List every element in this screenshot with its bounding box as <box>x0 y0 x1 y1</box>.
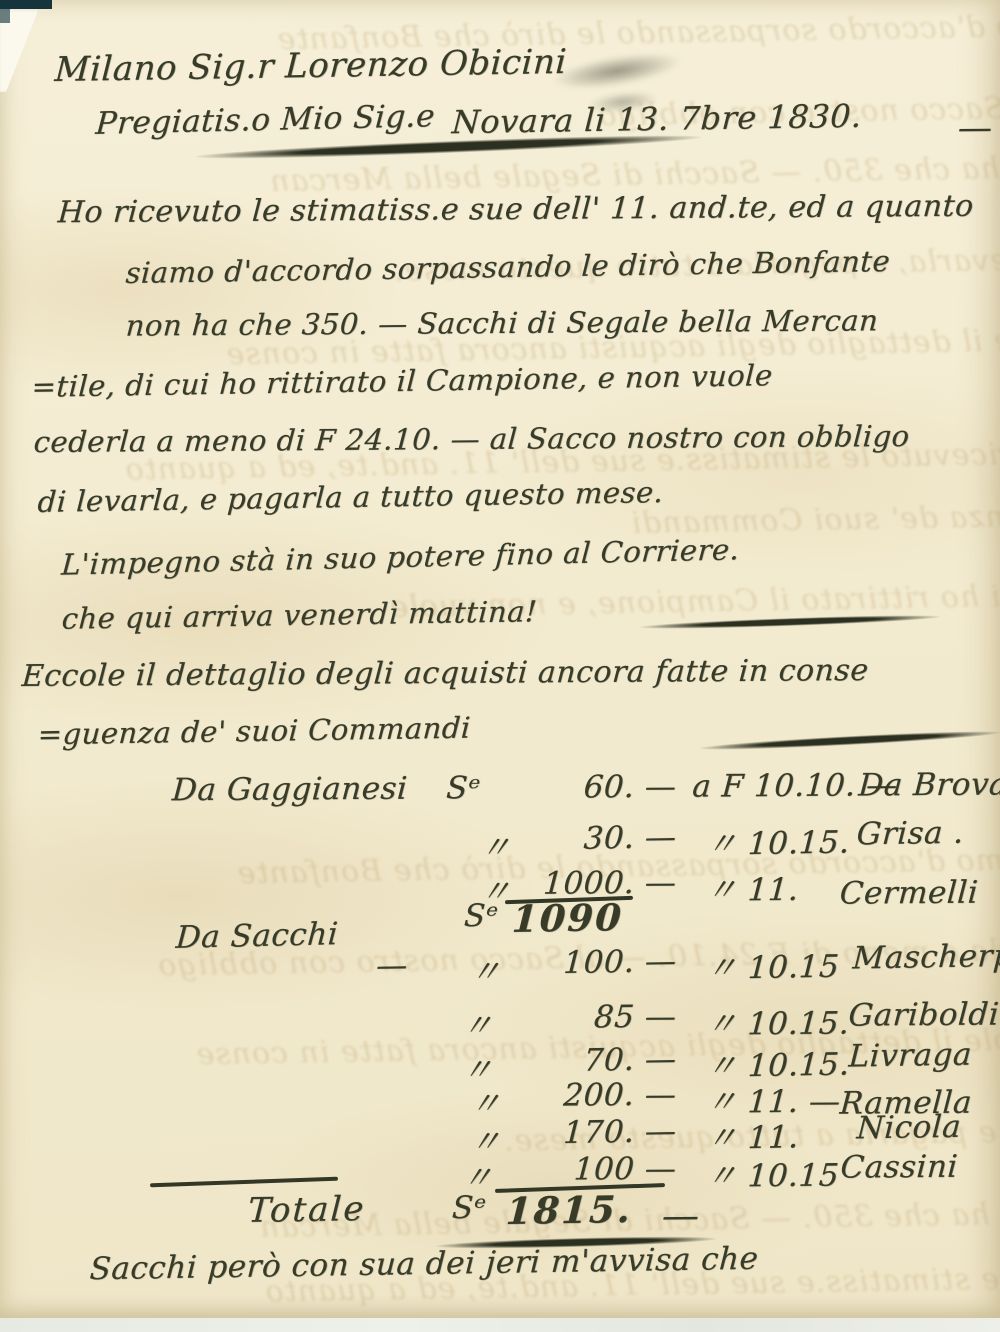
purchase-price: 〃 10.15 <box>705 941 841 988</box>
purchase-qty: 60. — <box>467 769 677 806</box>
total-dash: — <box>661 1194 703 1237</box>
total-value: 1815. <box>505 1187 633 1233</box>
purchase-qty: 85 — <box>467 999 677 1036</box>
letter-line: cederla a meno di F 24.10. — al Sacco no… <box>33 419 911 459</box>
purchase-row: — 〃 100. — 〃 10.15 Mascherpa <box>0 938 1000 1000</box>
ink-smudge <box>550 46 683 96</box>
purchase-qty: 170. — <box>467 1113 677 1152</box>
purchase-qty: 30. — <box>467 819 677 858</box>
purchase-seller: Nicola <box>856 1109 963 1147</box>
date-dash: — <box>957 108 994 148</box>
purchase-price: 〃 10.15. <box>705 998 851 1044</box>
purchase-seller: Da Brovand <box>857 766 1000 803</box>
letter-line: Ho ricevuto le stimatiss.e sue dell' 11.… <box>57 189 975 230</box>
letter-line: non ha che 350. — Sacchi di Segale bella… <box>125 303 880 342</box>
purchase-origin: — <box>375 947 408 983</box>
purchase-seller: Cassini <box>839 1149 959 1186</box>
purchase-origin: Da Gaggianesi <box>171 771 409 809</box>
corner-mark <box>0 9 10 23</box>
place-date: Novara li 13. 7bre 1830. <box>451 97 863 141</box>
closing-line: Sacchi però con sua dei jeri m'avvisa ch… <box>89 1241 760 1287</box>
dash-flourish <box>700 728 1000 753</box>
letter-line: che qui arriva venerdì mattina! <box>61 594 538 635</box>
dash-flourish <box>640 613 940 631</box>
purchase-seller: Mascherpa <box>852 938 1000 977</box>
total-label: Totale <box>247 1189 367 1231</box>
corner-mark <box>0 0 52 9</box>
letter-line: siamo d'accordo sorpassando le dirò che … <box>125 244 891 290</box>
purchase-price: 〃 10.15 <box>705 1150 841 1196</box>
purchase-row: 〃 100 — 〃 10.15 Cassini <box>0 1149 1000 1202</box>
purchase-price: 〃 10.15. <box>705 817 851 864</box>
letter-paper: siamo d'accordo sorpassando le dirò che … <box>0 0 1000 1318</box>
purchase-seller: Livraga <box>848 1037 973 1075</box>
purchase-row: Da Gaggianesi Sᵉ 60. — a F 10.10. — Da B… <box>0 767 1000 820</box>
purchase-seller: Grisa . <box>856 815 965 853</box>
bleedthrough-text: non ha che 350. — Sacchi di Segale bella… <box>0 1196 1000 1251</box>
letter-line: Eccole il dettaglio degli acquisti ancor… <box>21 653 870 694</box>
purchase-qty: 200. — <box>467 1077 677 1114</box>
purchase-qty: 100. — <box>467 943 677 982</box>
scanner-background <box>0 1318 1000 1332</box>
scanned-letter-page: { "colors": { "paper": "#f4edd5", "ink":… <box>0 0 1000 1332</box>
recipient-line: Milano Sig.r Lorenzo Obicini <box>54 42 568 90</box>
letter-line: =guenza de' suoi Commandi <box>37 711 472 752</box>
subtotal-unit: Sᵉ <box>463 898 499 935</box>
purchase-price: 〃 11. <box>705 864 801 910</box>
purchase-row: 〃 1000. — 〃 11. Cermelli <box>0 863 1000 916</box>
purchase-qty: 100 — <box>467 1151 677 1188</box>
purchase-qty: 70. — <box>467 1041 677 1080</box>
purchase-seller: Cermelli <box>839 875 980 912</box>
letter-line: di levarla, e pagarla a tutto questo mes… <box>37 475 665 519</box>
letter-line: L'impegno stà in suo potere fino al Corr… <box>60 532 740 581</box>
salutation: Pregiatis.o Mio Sig.e <box>95 98 437 142</box>
letter-line: =tile, di cui ho rittirato il Campione, … <box>31 358 774 404</box>
total-unit: Sᵉ <box>451 1190 487 1227</box>
purchase-seller: Gariboldi <box>847 997 1000 1034</box>
subtotal-value: 1090 <box>511 895 624 941</box>
